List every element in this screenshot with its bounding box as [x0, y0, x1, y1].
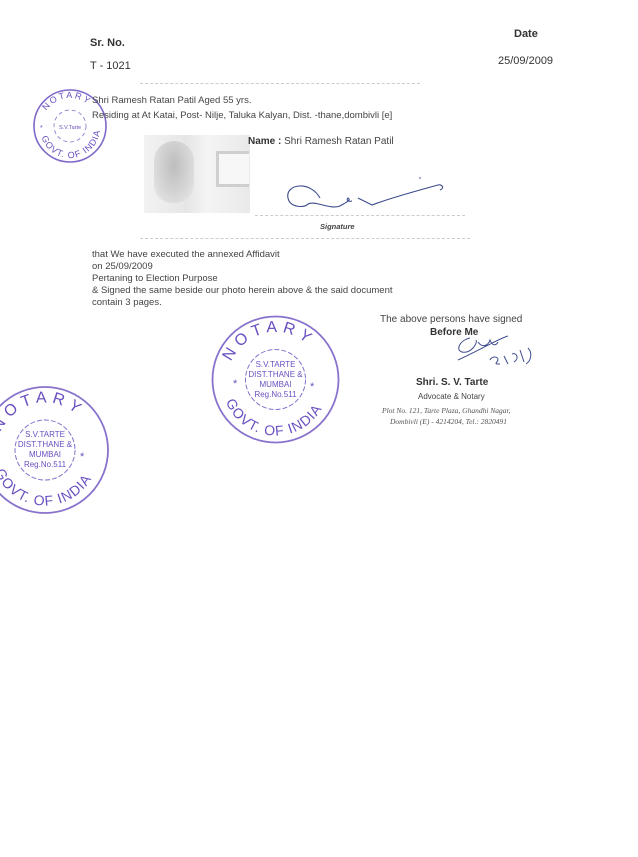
declarant-line-1: Shri Ramesh Ratan Patil Aged 55 yrs.: [92, 95, 251, 106]
svg-text:NOTARY: NOTARY: [220, 319, 319, 364]
svg-text:*: *: [40, 125, 43, 132]
body-line-1: that We have executed the annexed Affida…: [92, 249, 393, 261]
svg-text:*: *: [80, 451, 85, 463]
name-value: Shri Ramesh Ratan Patil: [284, 136, 394, 147]
notary-address-line-1: Plot No. 121, Tarte Plaza, Ghandhi Nagar…: [382, 406, 511, 415]
background-frame: [216, 151, 249, 187]
notary-stamp-large: NOTARY GOVT. OF INDIA S.V.TARTE DIST.THA…: [208, 312, 343, 447]
serial-number-label: Sr. No.: [90, 37, 125, 49]
svg-text:DIST.THANE &: DIST.THANE &: [248, 370, 303, 379]
name-row: Name : Shri Ramesh Ratan Patil: [248, 136, 394, 147]
notary-address-line-2: Dombivli (E) - 4214204, Tel.: 2820491: [390, 417, 507, 426]
date-value: 25/09/2009: [498, 55, 553, 67]
svg-text:*: *: [310, 381, 315, 393]
signature-label: Signature: [320, 222, 355, 231]
affidavit-body: that We have executed the annexed Affida…: [92, 249, 393, 309]
face-silhouette: [154, 141, 194, 203]
declarant-signature: [280, 170, 460, 220]
attest-line: The above persons have signed: [380, 314, 522, 325]
serial-number-value: T - 1021: [90, 60, 131, 72]
notary-stamp-partial: NOTARY GOVT. OF INDIA S.V.TARTE DIST.THA…: [0, 380, 112, 520]
svg-text:DIST.THANE &: DIST.THANE &: [18, 440, 73, 449]
passport-photo: [144, 135, 250, 213]
svg-text:*: *: [233, 378, 238, 390]
date-label: Date: [514, 28, 538, 40]
svg-text:MUMBAI: MUMBAI: [29, 450, 61, 459]
declarant-line-2: Residing at At Katai, Post- Nilje, Taluk…: [92, 110, 392, 121]
body-line-5: contain 3 pages.: [92, 297, 393, 309]
notary-title: Advocate & Notary: [418, 392, 485, 401]
svg-text:S.V.Tarte: S.V.Tarte: [59, 125, 81, 131]
svg-text:Reg.No.511: Reg.No.511: [24, 460, 67, 469]
body-line-2: on 25/09/2009: [92, 261, 393, 273]
svg-text:Reg.No.511: Reg.No.511: [254, 390, 297, 399]
name-label: Name :: [248, 136, 281, 147]
svg-text:S.V.TARTE: S.V.TARTE: [256, 360, 296, 369]
notary-signature: [450, 330, 535, 375]
notary-name: Shri. S. V. Tarte: [416, 377, 488, 388]
svg-text:S.V.TARTE: S.V.TARTE: [25, 430, 65, 439]
body-line-3: Pertaning to Election Purpose: [92, 273, 393, 285]
svg-text:MUMBAI: MUMBAI: [260, 380, 292, 389]
body-line-4: & Signed the same beside our photo herei…: [92, 285, 393, 297]
